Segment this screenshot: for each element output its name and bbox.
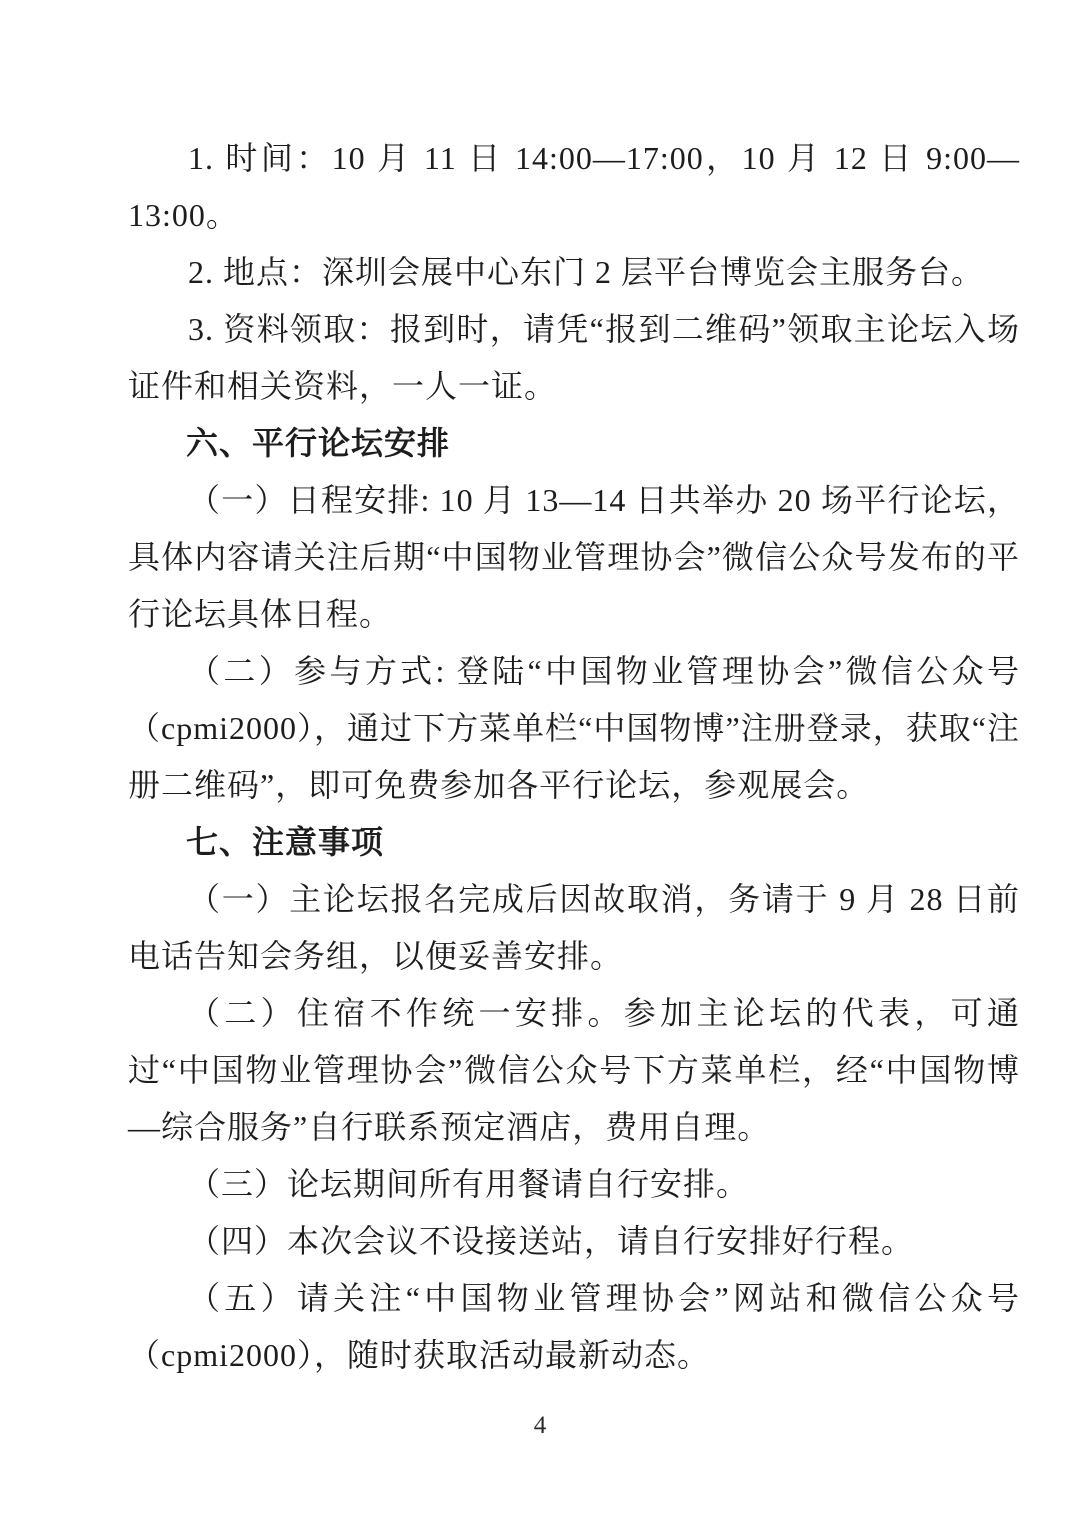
heading-section-7-notes: 七、注意事项 <box>128 814 1020 871</box>
paragraph-forum-schedule: （一）日程安排: 10 月 13—14 日共举办 20 场平行论坛，具体内容请关… <box>128 472 1020 643</box>
heading-section-6-parallel-forum: 六、平行论坛安排 <box>128 415 1020 472</box>
paragraph-material-pickup: 3. 资料领取：报到时，请凭“报到二维码”领取主论坛入场证件和相关资料，一人一证… <box>128 301 1020 415</box>
paragraph-note-transport: （四）本次会议不设接送站，请自行安排好行程。 <box>128 1213 1020 1270</box>
paragraph-note-meals: （三）论坛期间所有用餐请自行安排。 <box>128 1156 1020 1213</box>
paragraph-note-cancellation: （一）主论坛报名完成后因故取消，务请于 9 月 28 日前电话告知会务组，以便妥… <box>128 871 1020 985</box>
paragraph-registration-time: 1. 时间：10 月 11 日 14:00—17:00，10 月 12 日 9:… <box>128 130 1020 244</box>
paragraph-note-accommodation: （二）住宿不作统一安排。参加主论坛的代表，可通过“中国物业管理协会”微信公众号下… <box>128 985 1020 1156</box>
paragraph-registration-location: 2. 地点：深圳会展中心东门 2 层平台博览会主服务台。 <box>128 244 1020 301</box>
document-page: 1. 时间：10 月 11 日 14:00—17:00，10 月 12 日 9:… <box>128 130 1020 1384</box>
paragraph-participation-method: （二）参与方式: 登陆“中国物业管理协会”微信公众号（cpmi2000），通过下… <box>128 643 1020 814</box>
page-number: 4 <box>0 1410 1080 1442</box>
paragraph-note-updates: （五）请关注“中国物业管理协会”网站和微信公众号（cpmi2000），随时获取活… <box>128 1270 1020 1384</box>
